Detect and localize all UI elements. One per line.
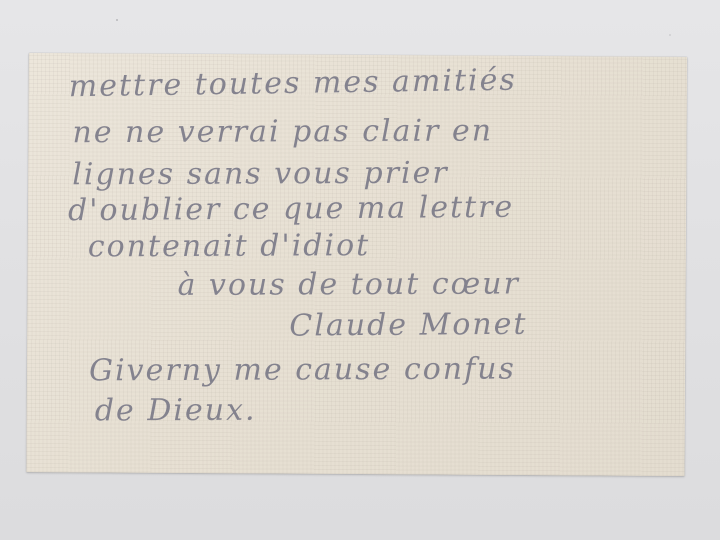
letter-line-2: ne ne verrai pas clair en <box>72 113 493 150</box>
letter-line-3: lignes sans vous prier <box>72 156 449 193</box>
letter-line-1: mettre toutes mes amitiés <box>69 63 517 105</box>
letter-paper: mettre toutes mes amitiés ne ne verrai p… <box>26 53 687 476</box>
dust-speck <box>116 19 118 21</box>
letter-line-5: contenait d'idiot <box>88 228 371 264</box>
letter-line-4: d'oublier ce que ma lettre <box>68 190 514 229</box>
dust-speck <box>669 34 671 36</box>
letter-line-9: de Dieux. <box>95 393 257 429</box>
letter-line-8: Giverny me cause confus <box>89 352 516 389</box>
signature: Claude Monet <box>289 307 527 344</box>
letter-line-6: à vous de tout cœur <box>178 266 520 302</box>
